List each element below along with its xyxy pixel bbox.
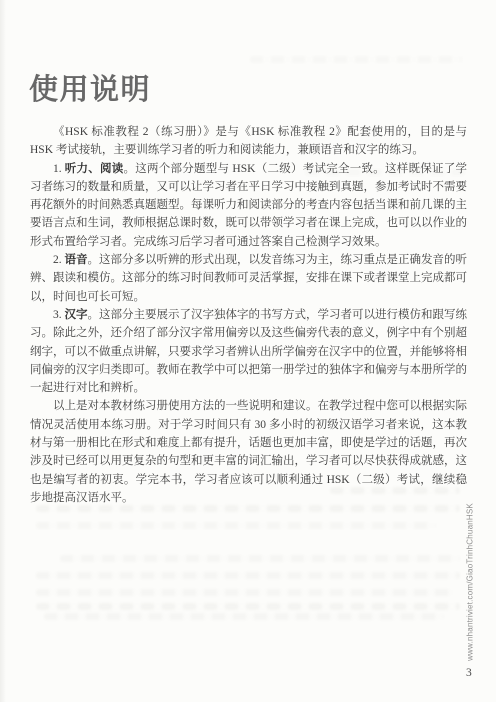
page-number: 3 [466,667,472,679]
document-page: 使用说明 《HSK 标准教程 2（练习册）》是与《HSK 标准教程 2》配套使用… [0,0,496,702]
paragraph-text: 以上是对本教材练习册使用方法的一些说明和建议。在教学过程中您可以根据实际情况灵活… [30,400,467,503]
showthrough-ghost [36,589,454,596]
watermark-url: www.nhantriviet.com/GiaoTrinhChuanHSK [466,503,475,661]
showthrough-ghost [250,56,462,63]
paragraph-lead: 语音 [65,254,88,266]
showthrough-ghost [36,603,460,610]
paragraph-prefix: 1. [53,163,65,175]
paragraph-lead: 听力、阅读 [65,163,124,175]
paragraph-text: 。这部分主要展示了汉字独体字的书写方式，学习者可以进行模仿和跟写练习。除此之外，… [30,309,467,394]
paragraph-prefix: 2. [53,254,65,266]
paragraph-text: 。这两个部分题型与 HSK（二级）考试完全一致。这样既保证了学习者练习的数量和质… [30,163,467,248]
body-text: 《HSK 标准教程 2（练习册）》是与《HSK 标准教程 2》配套使用的，目的是… [30,123,467,507]
paragraph-text: 。这部分多以听辨的形式出现，以发音练习为主，练习重点是正确发音的听辨、跟读和模仿… [30,254,467,303]
showthrough-ghost [36,572,460,579]
showthrough-ghost [36,522,436,529]
showthrough-ghost [44,613,444,620]
paragraph-listening-reading: 1. 听力、阅读。这两个部分题型与 HSK（二级）考试完全一致。这样既保证了学习… [30,160,467,251]
showthrough-ghost [60,555,460,562]
page-title: 使用说明 [29,73,151,107]
paragraph-text: 《HSK 标准教程 2（练习册）》是与《HSK 标准教程 2》配套使用的，目的是… [30,126,467,156]
paragraph-pronunciation: 2. 语音。这部分多以听辨的形式出现，以发音练习为主，练习重点是正确发音的听辨、… [30,251,467,306]
paragraph-prefix: 3. [53,309,65,321]
paragraph-lead: 汉字 [65,309,88,321]
paragraph-summary: 以上是对本教材练习册使用方法的一些说明和建议。在教学过程中您可以根据实际情况灵活… [30,397,467,507]
paragraph-characters: 3. 汉字。这部分主要展示了汉字独体字的书写方式，学习者可以进行模仿和跟写练习。… [30,306,467,397]
paragraph-intro: 《HSK 标准教程 2（练习册）》是与《HSK 标准教程 2》配套使用的，目的是… [30,123,467,160]
